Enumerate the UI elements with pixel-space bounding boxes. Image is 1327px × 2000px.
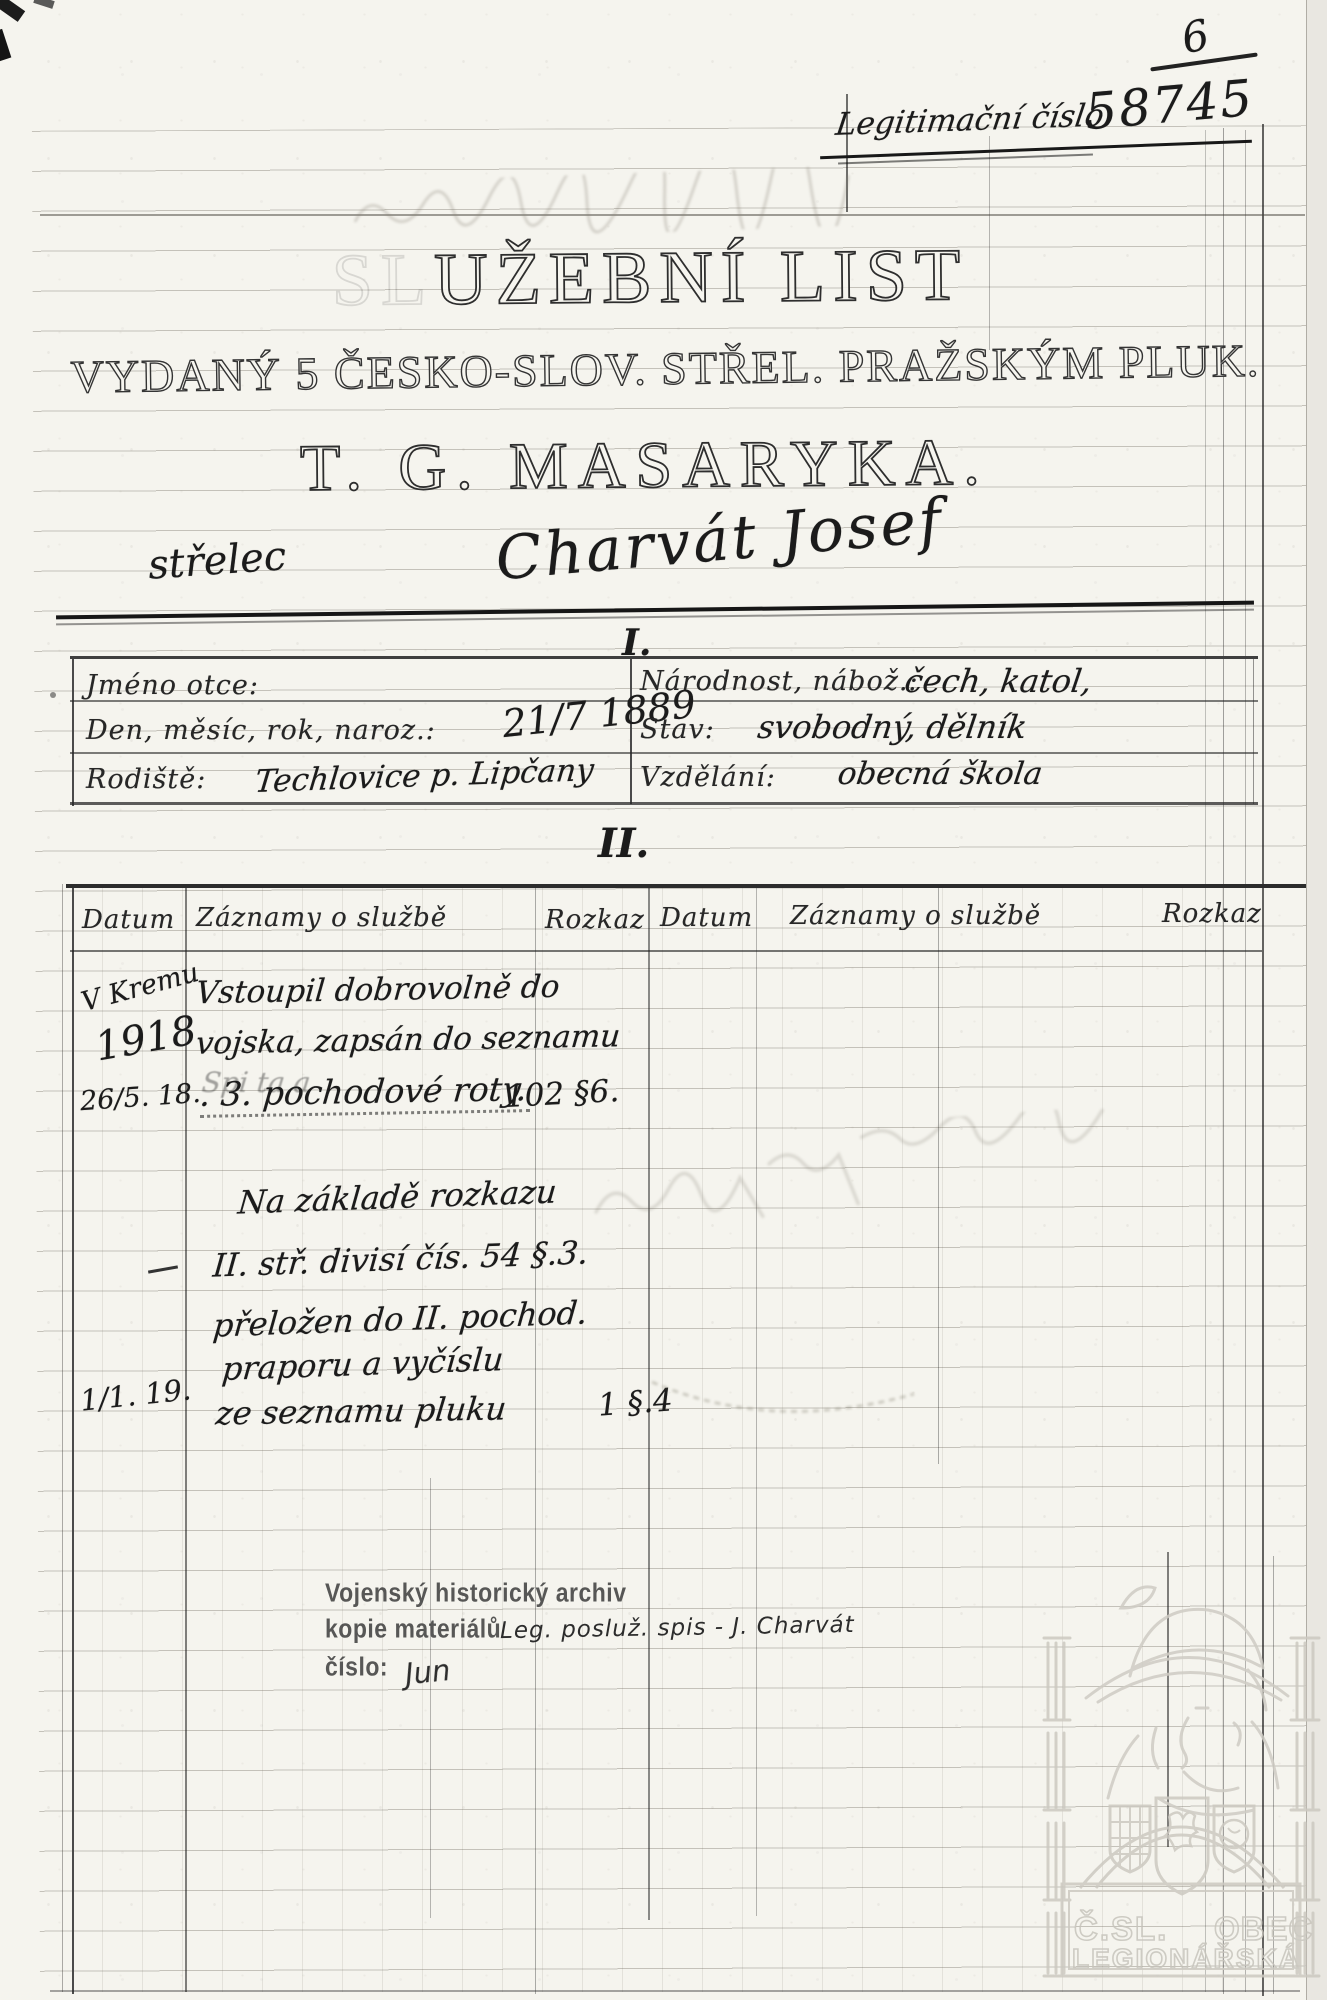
box-border <box>70 656 1258 659</box>
table-border <box>70 950 1262 952</box>
column-header-zaznamy-1: Záznamy o službě <box>196 903 447 933</box>
ruling-vertical-line <box>1253 656 1254 804</box>
legionnaire-soldier-icon <box>1086 1587 1288 1815</box>
field-label-education: Vzdělání: <box>640 762 776 793</box>
ruling-vertical-line <box>62 884 63 1992</box>
ruling-vertical-line <box>430 1478 431 1918</box>
archive-stamp-line1: Vojenský historický archiv <box>325 1578 627 1608</box>
entry-order-number: 102 §6. <box>504 1073 620 1115</box>
entry-text-line: vojska, zapsán do seznamu <box>194 1018 621 1061</box>
field-value-status: svobodný, dělník <box>755 708 1029 746</box>
ruling-vertical-line <box>989 136 990 350</box>
box-border <box>70 802 1258 805</box>
ruling-vertical-line <box>72 656 74 806</box>
field-value-education: obecná škola <box>835 756 1044 792</box>
archive-stamp-line3-label: číslo: <box>325 1652 388 1682</box>
watermark-text-csl: Č.SL. <box>1074 1909 1168 1947</box>
field-label-father: Jméno otce: <box>86 670 259 701</box>
ruling-vertical-line <box>72 884 74 1994</box>
entry-text-line: ze seznamu pluku <box>214 1389 508 1432</box>
section-marker-1: I. <box>622 622 651 664</box>
corner-mark <box>33 0 54 9</box>
field-label-nationality: Národnost, nábož.: <box>640 666 919 697</box>
watermark-text: Č.SL. OBEC LEGIONÁŘSKÁ <box>1072 1909 1313 1974</box>
column-header-datum-1: Datum <box>82 905 175 935</box>
column-header-rozkaz-2: Rozkaz <box>1162 899 1262 929</box>
archive-stamp-line2-label: kopie materiálů <box>325 1614 501 1644</box>
section-marker-2: II. <box>598 820 649 867</box>
watermark-text-obec: OBEC <box>1214 1910 1313 1947</box>
field-label-birthplace: Rodiště: <box>86 764 206 795</box>
corner-mark <box>0 29 11 61</box>
entry-text-line: Vstoupil dobrovolně do <box>194 969 561 1011</box>
field-label-birthdate: Den, měsíc, rok, naroz.: <box>86 715 436 746</box>
archive-stamp-signature: Jun <box>403 1653 452 1692</box>
watermark-text-legionarska: LEGIONÁŘSKÁ <box>1072 1943 1301 1974</box>
rank-label: střelec <box>147 533 288 589</box>
page-number: 6 <box>1177 10 1213 63</box>
scanned-document-page: 6 Legitimační číslo: 58745 SLUŽEBNÍ LIST… <box>0 0 1327 2000</box>
document-title: SLUŽEBNÍ LIST <box>330 233 971 324</box>
faded-title-prefix: SL <box>331 239 434 322</box>
field-label-status: Stav: <box>640 714 715 745</box>
column-header-zaznamy-2: Záznamy o službě <box>790 901 1041 931</box>
field-value-nationality: čech, katol, <box>902 662 1094 700</box>
faint-stamp-arc <box>640 1320 940 1440</box>
document-title-text: UŽEBNÍ LIST <box>434 234 969 321</box>
table-border <box>66 884 1306 888</box>
ink-speck <box>50 692 56 698</box>
box-border <box>70 752 1258 754</box>
corner-mark <box>0 0 25 22</box>
column-header-rozkaz-1: Rozkaz <box>545 905 645 935</box>
legion-watermark: Č.SL. OBEC LEGIONÁŘSKÁ <box>1038 1548 1323 2000</box>
column-header-datum-2: Datum <box>660 903 753 933</box>
